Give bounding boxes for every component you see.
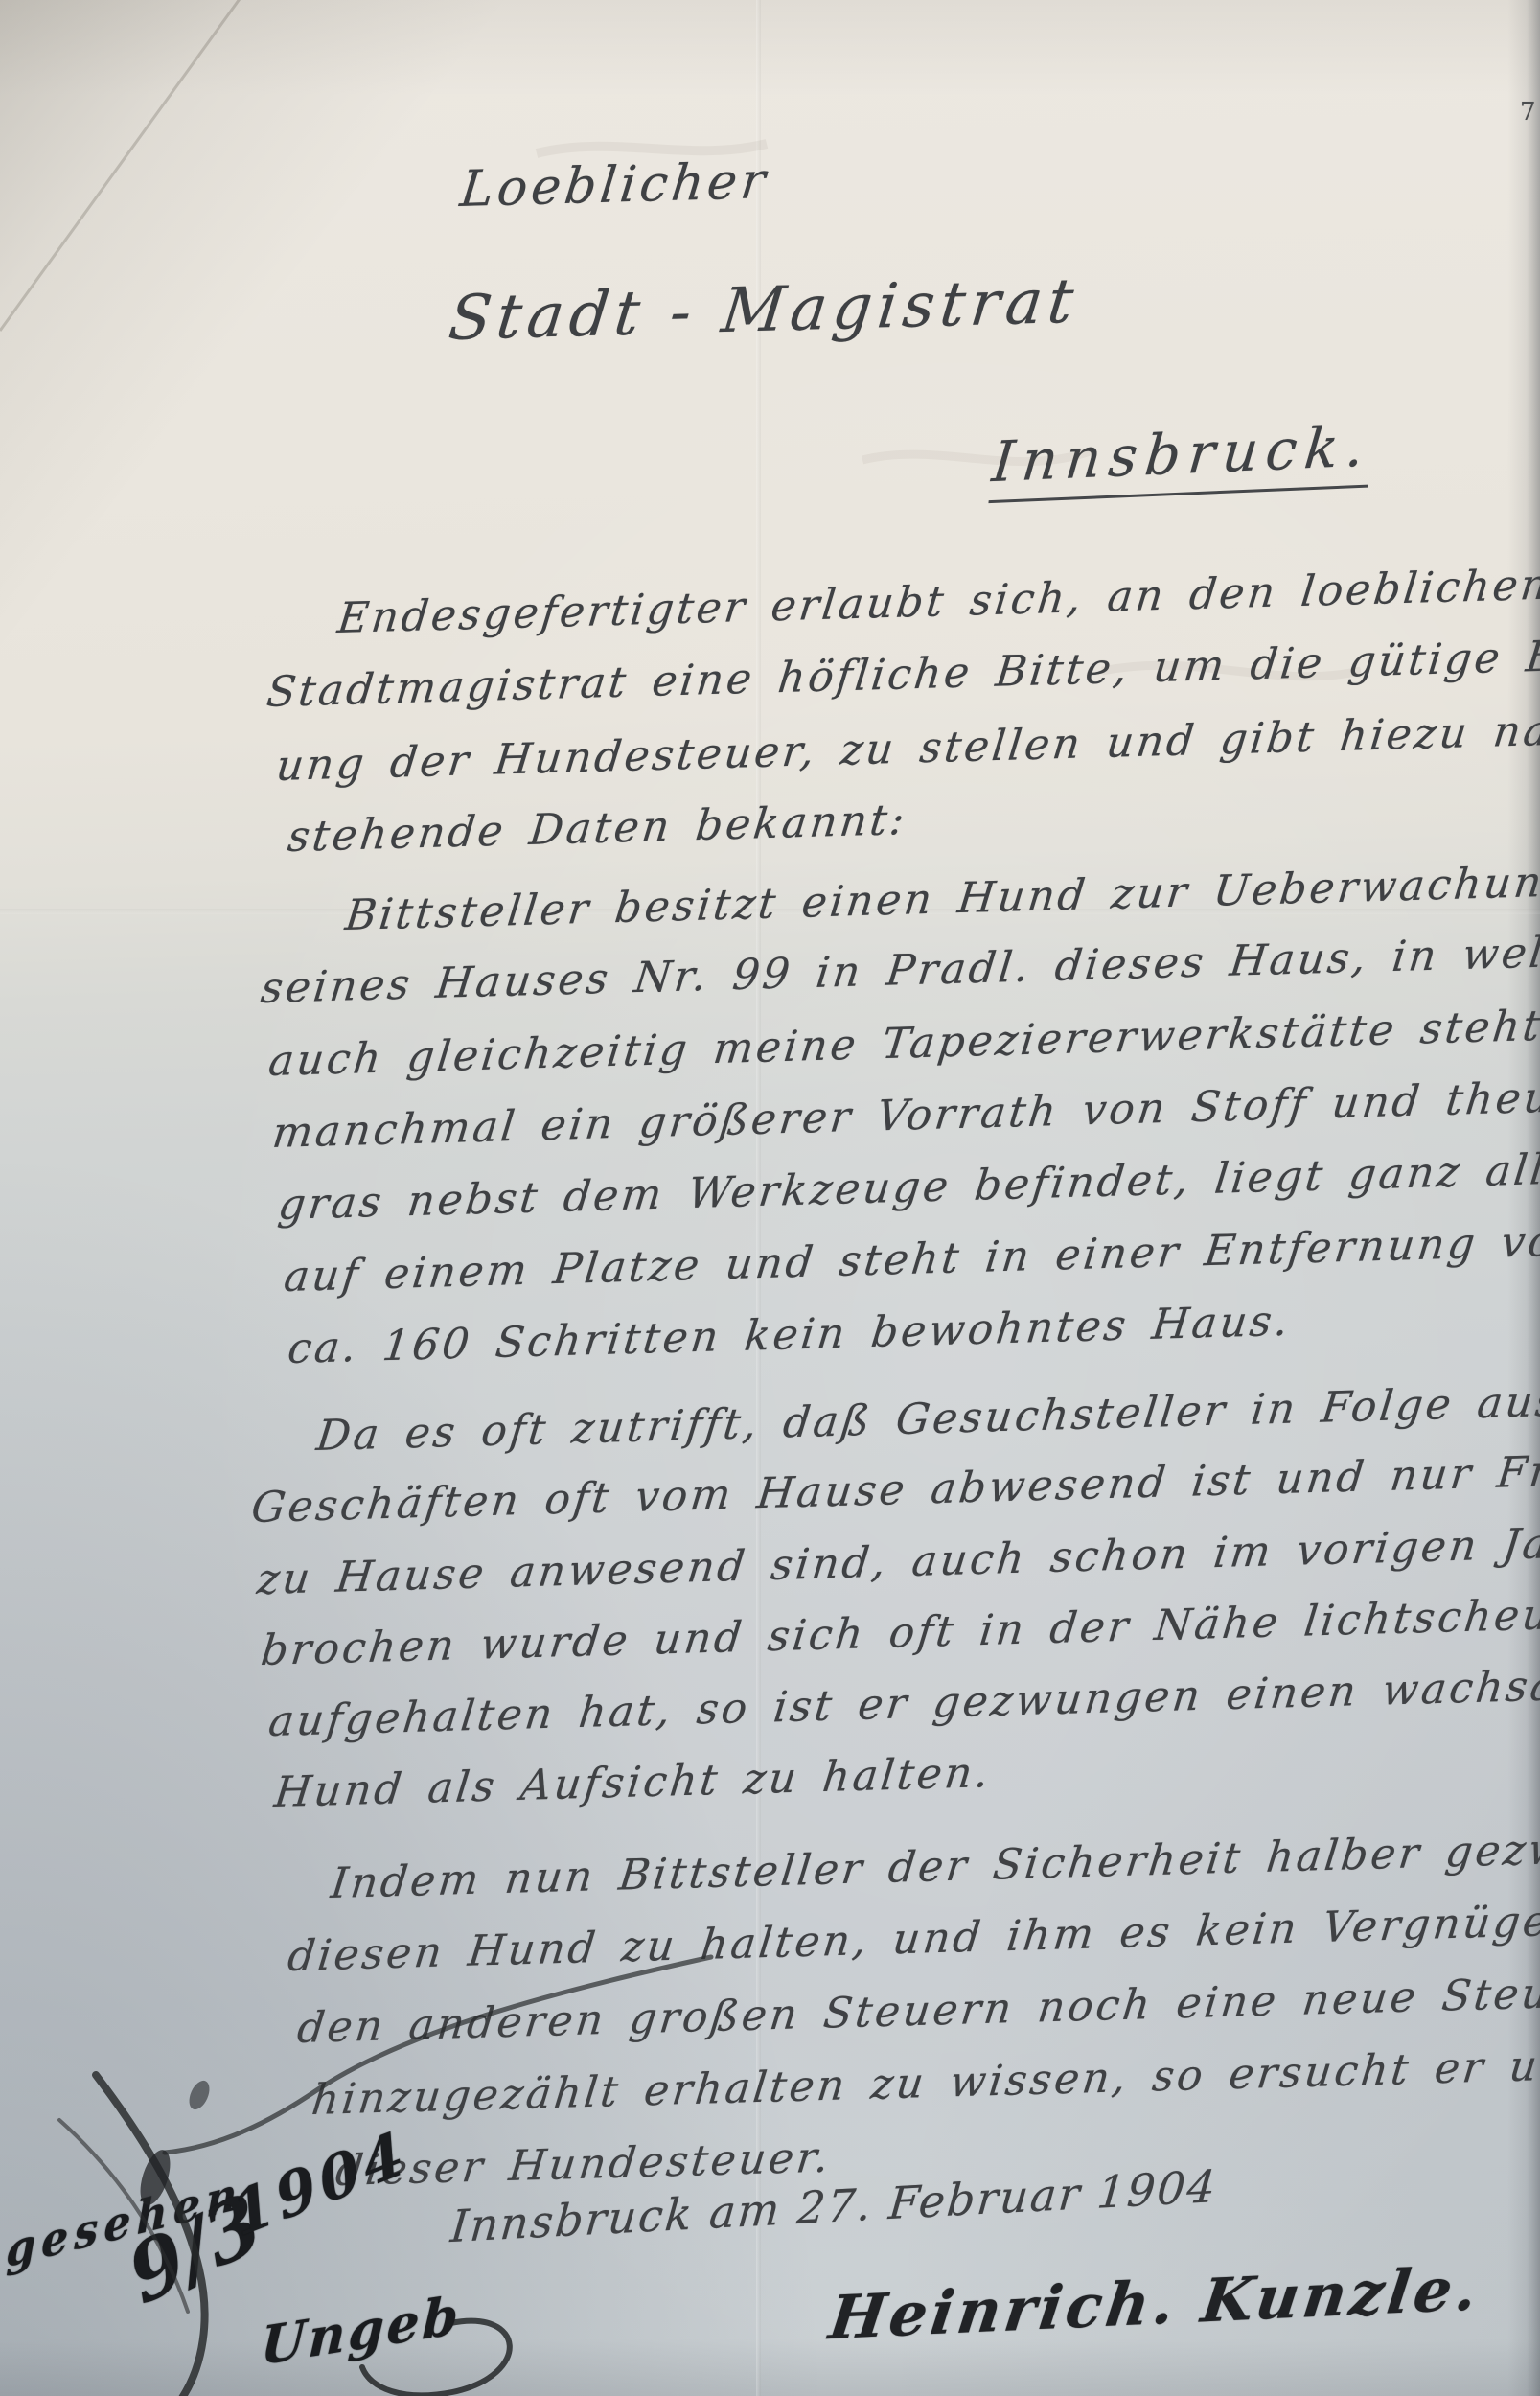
- body-line: Da es oft zutrifft, daß Gesuchsteller in…: [314, 1371, 1540, 1461]
- letter-scan-page: Loeblicher Stadt - Magistrat Innsbruck. …: [0, 0, 1540, 2396]
- body-line: ung der Hundesteuer, zu stellen und gibt…: [274, 704, 1540, 791]
- registry-annotation-year: 1904: [225, 2116, 416, 2250]
- salutation-city: Innsbruck.: [989, 413, 1374, 495]
- body-line: Endesgefertigter erlaubt sich, an den lo…: [335, 561, 1540, 644]
- salutation-line-1: Loeblicher: [457, 152, 771, 219]
- city-underline: Innsbruck.: [988, 413, 1374, 503]
- body-line: manchmal ein größerer Vorrath von Stoff …: [270, 1067, 1540, 1158]
- salutation-line-2: Stadt - Magistrat: [446, 266, 1083, 356]
- strike-through-stroke: [165, 1957, 711, 2153]
- body-line: aufgehalten hat, so ist er gezwungen ein…: [266, 1658, 1540, 1746]
- corner-page-mark: 7: [1520, 98, 1536, 127]
- bleed-through-mark: [537, 144, 767, 153]
- body-line: auf einem Platze und steht in einer Entf…: [282, 1216, 1540, 1302]
- body-line: seines Hauses Nr. 99 in Pradl. dieses Ha…: [259, 925, 1540, 1013]
- body-line: Hund als Aufsicht zu halten.: [272, 1748, 994, 1817]
- body-line: stehende Daten bekannt:: [286, 795, 910, 862]
- crease-line: [0, 0, 244, 331]
- body-line: Bittsteller besitzt einen Hund zur Ueber…: [343, 857, 1540, 940]
- body-line: ca. 160 Schritten kein bewohntes Haus.: [286, 1297, 1294, 1373]
- registry-annotation-initial: Ungeb: [260, 2283, 463, 2377]
- ink-blot: [185, 2078, 213, 2113]
- body-line: gras nebst dem Werkzeuge befindet, liegt…: [276, 1143, 1540, 1230]
- signature: Heinrich. Kunzle.: [825, 2253, 1484, 2353]
- body-line: Indem nun Bittsteller der Sicherheit hal…: [329, 1818, 1540, 1908]
- body-line: Stadtmagistrat eine höfliche Bitte, um d…: [264, 628, 1540, 717]
